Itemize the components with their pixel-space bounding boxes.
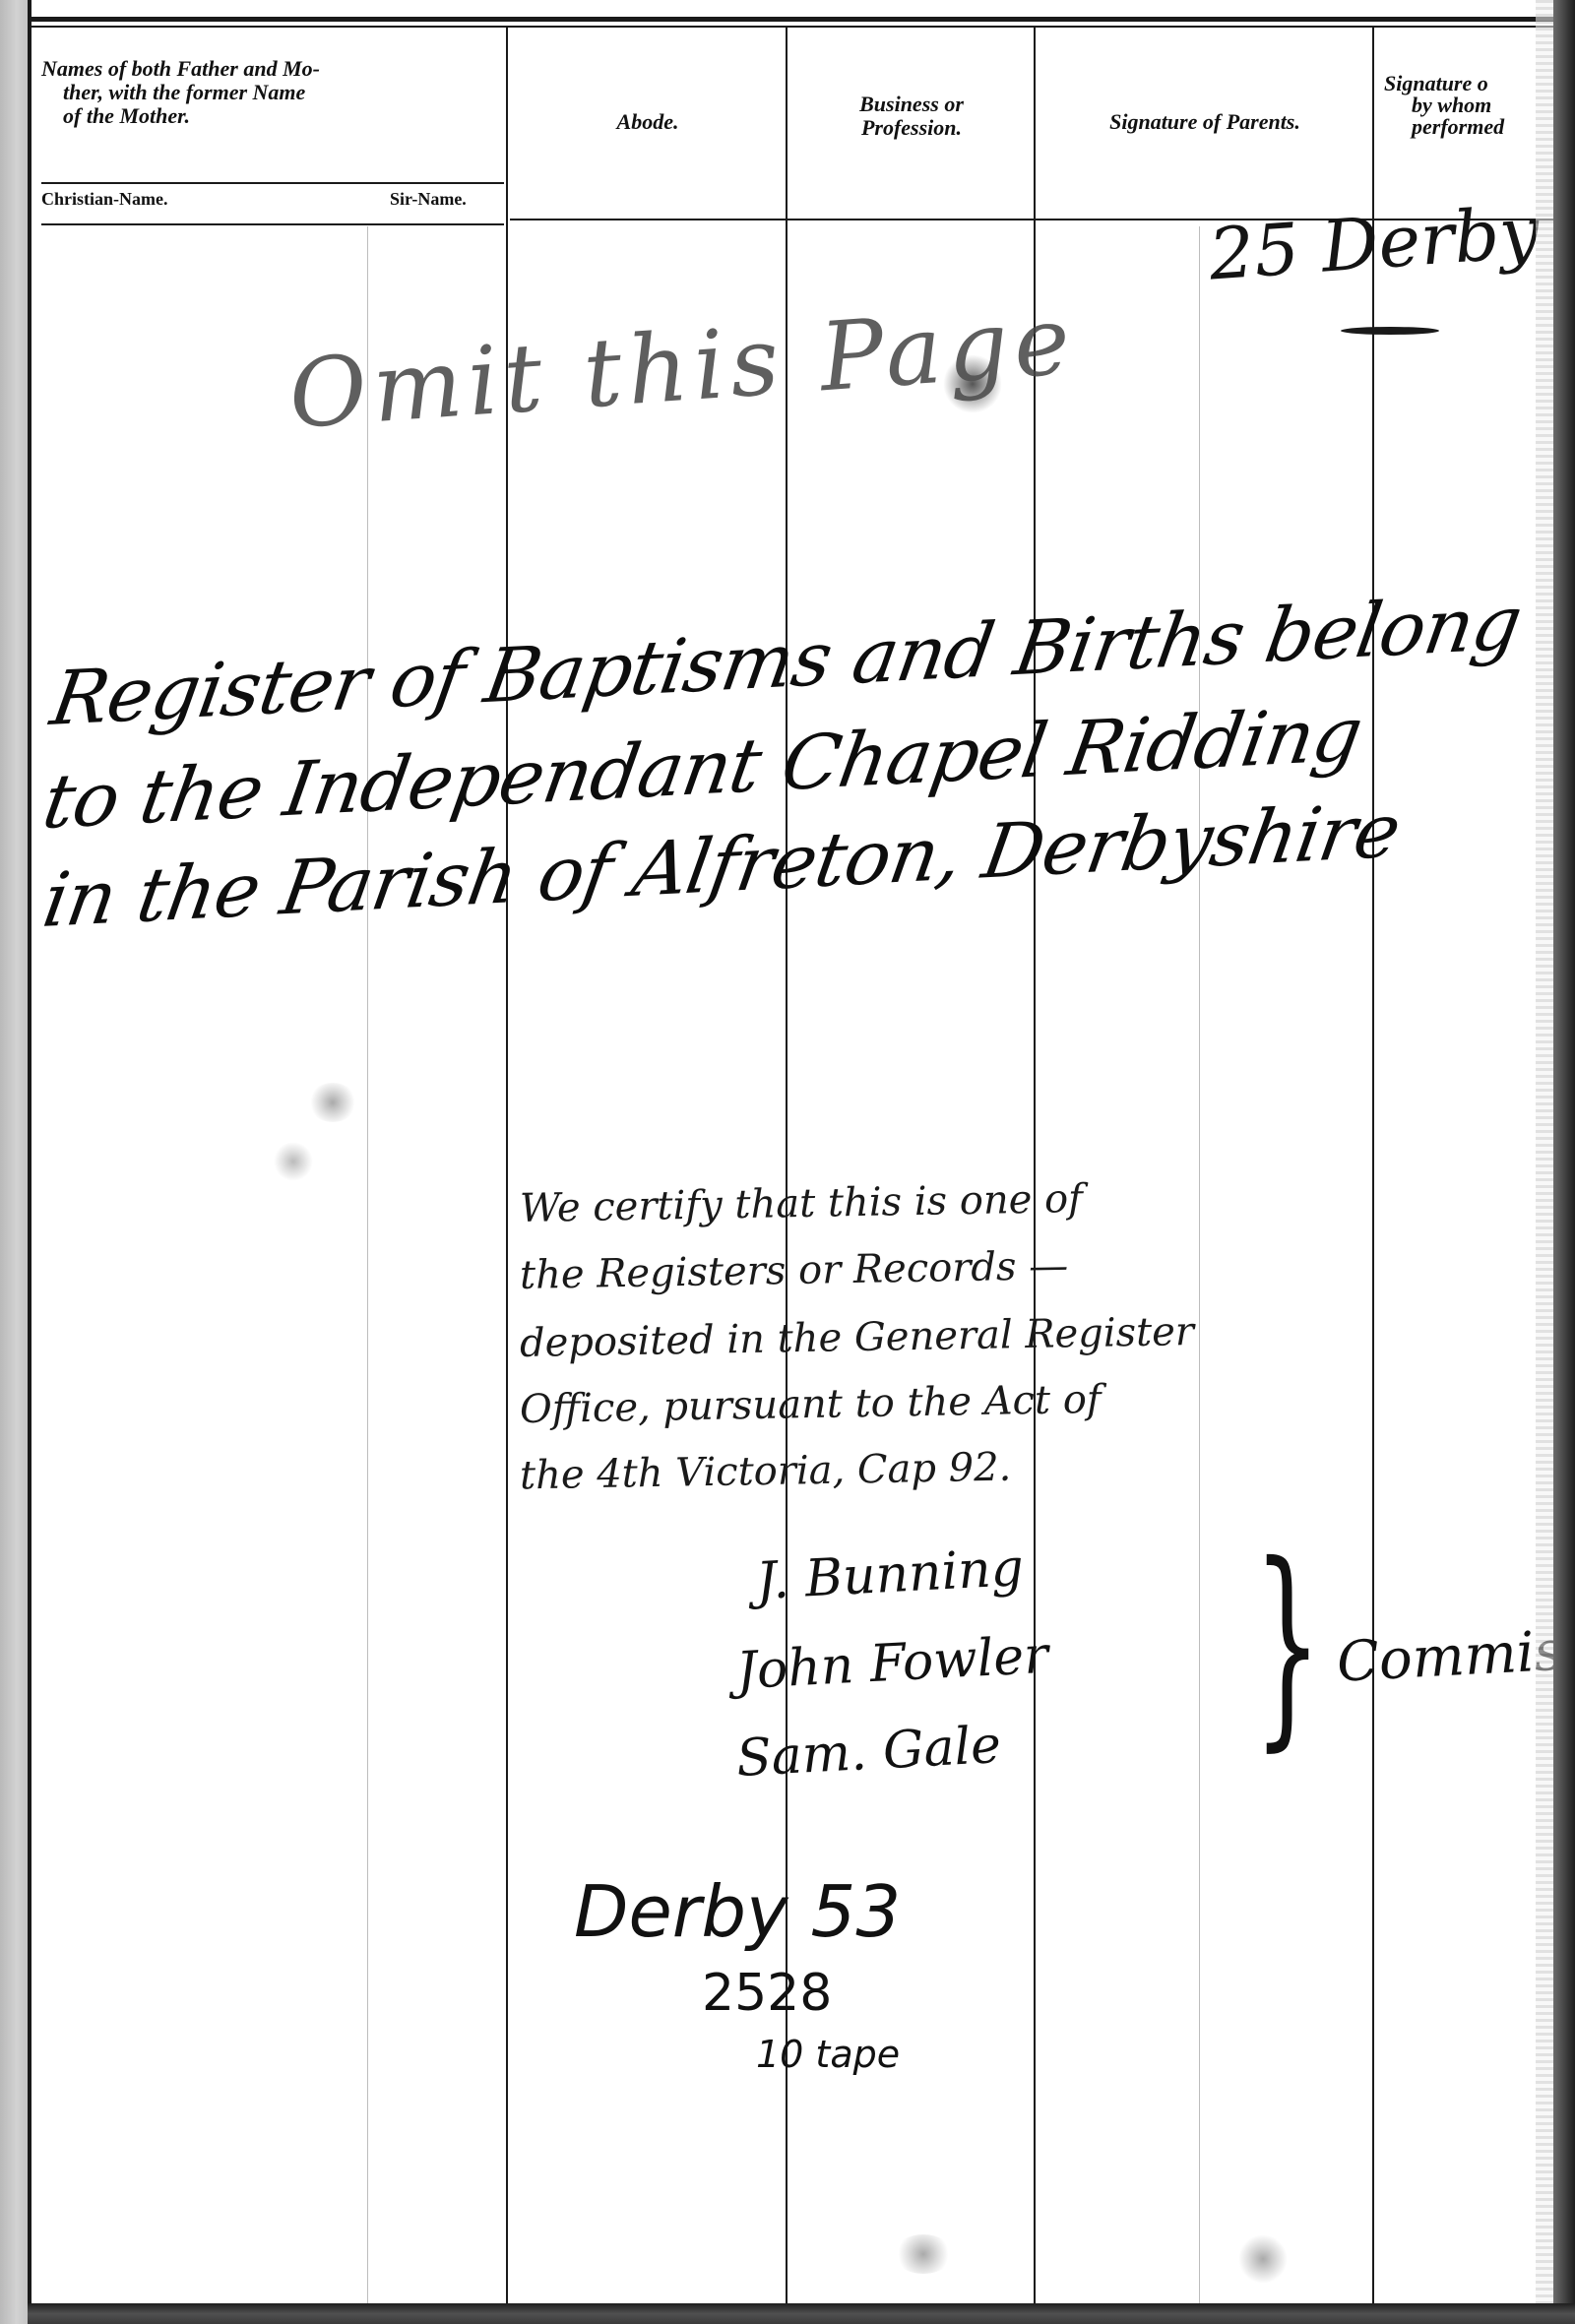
register-page: Names of both Father and Mo- ther, with … [28,0,1553,2304]
top-rule-thick [28,17,1553,22]
certificate-line-5: the 4th Victoria, Cap 92. [520,1445,1012,1499]
header-parents-names: Names of both Father and Mo- ther, with … [41,57,504,128]
signature-gale: Sam. Gale [735,1716,1003,1789]
column-divider-4 [1372,28,1374,2304]
scan-right-fold [1536,0,1553,2324]
signatories-brace: } [1253,1536,1322,1752]
ink-underline-stroke [1341,327,1439,335]
scan-speck-4 [1238,2234,1288,2284]
scan-speck-1 [308,1083,357,1122]
column-divider-faint-2 [1199,226,1200,2303]
name-subheader-rule [41,182,504,184]
certificate-line-4: Office, pursuant to the Act of [520,1377,1102,1432]
top-rule-thin [28,26,1553,28]
column-divider-faint-1 [367,226,368,2303]
archive-county-ref: Derby 53 [574,1870,901,1953]
scan-bottom-margin [28,2303,1575,2324]
signature-fowler: John Fowler [735,1626,1050,1702]
archive-note: 10 tape [756,2033,900,2076]
certificate-line-3: deposited in the General Register [520,1309,1195,1366]
scan-speck-2 [274,1142,313,1181]
header-abode: Abode. [510,110,786,134]
left-border [28,0,31,2304]
header-signature-performed: Signature o by whom performed [1384,73,1561,138]
top-right-reference: 25 Derby [1206,190,1542,295]
header-signature-parents: Signature of Parents. [1038,110,1372,134]
certificate-line-2: the Registers or Records — [520,1243,1069,1298]
scan-left-margin [0,0,28,2324]
archive-number: 2528 [702,1964,832,2023]
scan-speck-3 [894,2234,953,2274]
subheader-christian-name: Christian-Name. [41,189,168,210]
certificate-line-1: We certify that this is one of [520,1176,1084,1231]
header-business-profession: Business or Profession. [789,93,1034,140]
ink-smudge [943,354,1002,413]
subheader-sir-name: Sir-Name. [390,189,467,210]
signature-bunning: J. Bunning [755,1539,1026,1611]
scan-right-margin [1553,0,1575,2324]
header-bottom-rule-1 [41,223,504,225]
